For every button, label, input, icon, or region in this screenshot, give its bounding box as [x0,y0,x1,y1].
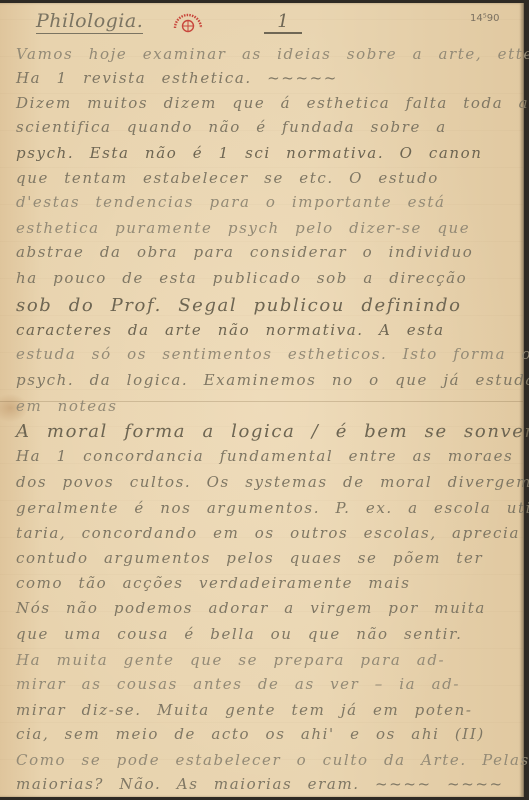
text-line: Nós não podemos adorar a virgem por muit… [16,599,486,617]
text-line: Ha 1 concordancia fundamental entre as m… [16,447,513,465]
library-stamp-icon [168,6,208,36]
text-line: Como se pode estabelecer o culto da Arte… [16,751,529,769]
text-line: mirar diz-se. Muita gente tem já em pote… [16,701,473,719]
text-line: Vamos hoje examinar as ideias sobre a ar… [16,45,529,63]
text-line: maiorias? Não. As maiorias eram. ~~~~ ~~… [16,775,504,793]
text-line: estuda só os sentimentos estheticos. Ist… [16,345,529,363]
text-line: dos povos cultos. Os systemas de moral d… [16,473,529,491]
text-line: em noteas [16,397,118,415]
text-line: psych. Esta não é 1 sci normativa. O can… [16,144,483,162]
text-line: contudo argumentos pelos quaes se põem t… [16,549,483,567]
text-line: d'estas tendencias para o importante est… [16,193,446,211]
text-line: ha pouco de esta publicado sob a direcçã… [16,269,467,287]
text-line: esthetica puramente psych pelo dizer-se … [16,219,470,237]
text-line: que uma cousa é bella ou que não sentir. [16,625,463,643]
manuscript-page: Philologia. 1 14⁵90 Vamos hoje examinar … [0,3,524,797]
text-line: sob do Prof. Segal publicou definindo [16,295,462,316]
page-heading: Philologia. [36,10,143,34]
text-line: A moral forma a logica / é bem se sonven… [16,421,529,442]
page-number: 1 [264,11,302,34]
text-line: geralmente é nos argumentos. P. ex. a es… [16,499,529,517]
text-line: abstrae da obra para considerar o indivi… [16,243,473,261]
text-line: taria, concordando em os outros escolas,… [16,524,520,542]
text-line: caracteres da arte não normativa. A esta [16,321,445,339]
text-line: mirar as cousas antes de as ver – ia ad- [16,675,460,693]
text-line: como tão acções verdadeiramente mais [16,574,411,592]
text-line: psych. da logica. Examinemos no o que já… [16,371,529,389]
text-line: Ha 1 revista esthetica. ~~~~~ [16,69,338,87]
catalog-number: 14⁵90 [470,13,499,24]
text-line: Dizem muitos dizem que á esthetica falta… [16,94,529,112]
text-line: scientifica quando não é fundada sobre a [16,118,447,136]
text-line: Ha muita gente que se prepara para ad- [16,651,445,669]
text-line: que tentam estabelecer se etc. O estudo [16,169,439,187]
text-line: cia, sem meio de acto os ahi' e os ahi (… [16,725,485,743]
